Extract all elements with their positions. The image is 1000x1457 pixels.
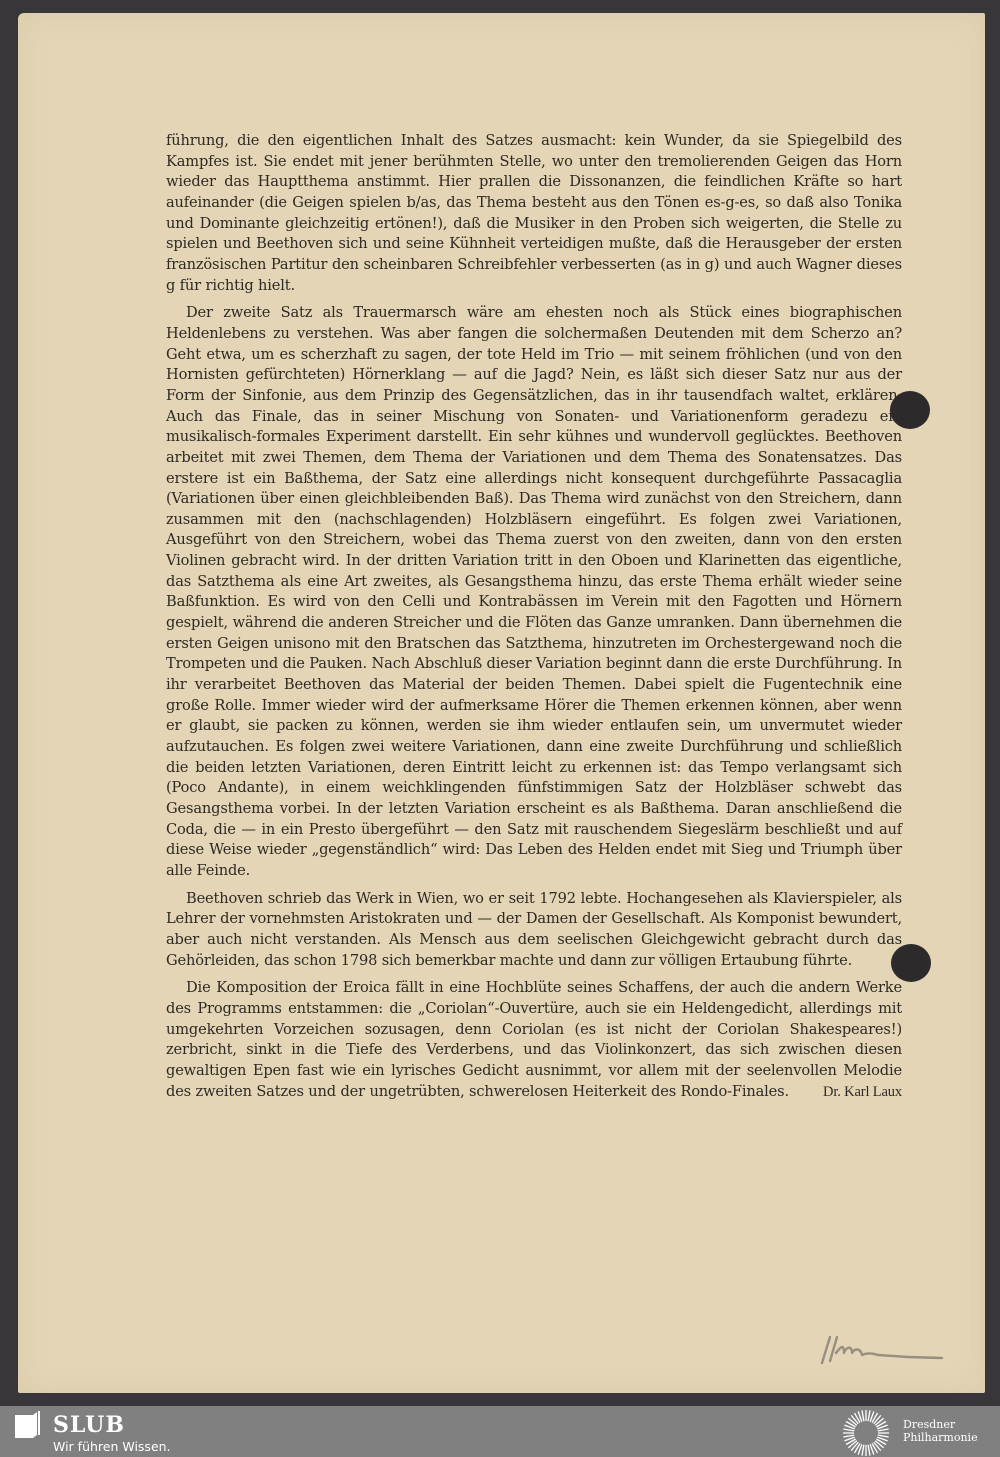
scanned-page: führung, die den eigentlichen Inhalt des… xyxy=(18,13,985,1393)
punch-hole-bottom xyxy=(891,944,931,982)
dresdner-philharmonie-name[interactable]: Dresdner Philharmonie xyxy=(903,1419,978,1444)
paragraph-3: Beethoven schrieb das Werk in Wien, wo e… xyxy=(166,889,902,972)
paragraph-1: führung, die den eigentlichen Inhalt des… xyxy=(166,131,902,296)
slub-title[interactable]: SLUB xyxy=(53,1413,125,1437)
punch-hole-top xyxy=(890,391,930,429)
footer-bar: SLUB Wir führen Wissen. xyxy=(0,1406,1000,1457)
paragraph-4-text: Die Komposition der Eroica fällt in eine… xyxy=(166,979,902,1099)
dp-name-line1: Dresdner xyxy=(903,1419,978,1432)
document-viewer: führung, die den eigentlichen Inhalt des… xyxy=(0,0,1000,1457)
article-body: führung, die den eigentlichen Inhalt des… xyxy=(166,131,902,1102)
book-pages-icon[interactable] xyxy=(13,1410,41,1440)
paragraph-2: Der zweite Satz als Trauermarsch wäre am… xyxy=(166,303,902,881)
sunburst-ring-icon[interactable] xyxy=(841,1408,891,1457)
author-name: Dr. Karl Laux xyxy=(823,1082,902,1103)
dp-name-line2: Philharmonie xyxy=(903,1432,978,1445)
handwritten-signature xyxy=(818,1331,948,1371)
paragraph-4: Die Komposition der Eroica fällt in eine… xyxy=(166,978,902,1102)
slub-slogan: Wir führen Wissen. xyxy=(53,1439,171,1454)
